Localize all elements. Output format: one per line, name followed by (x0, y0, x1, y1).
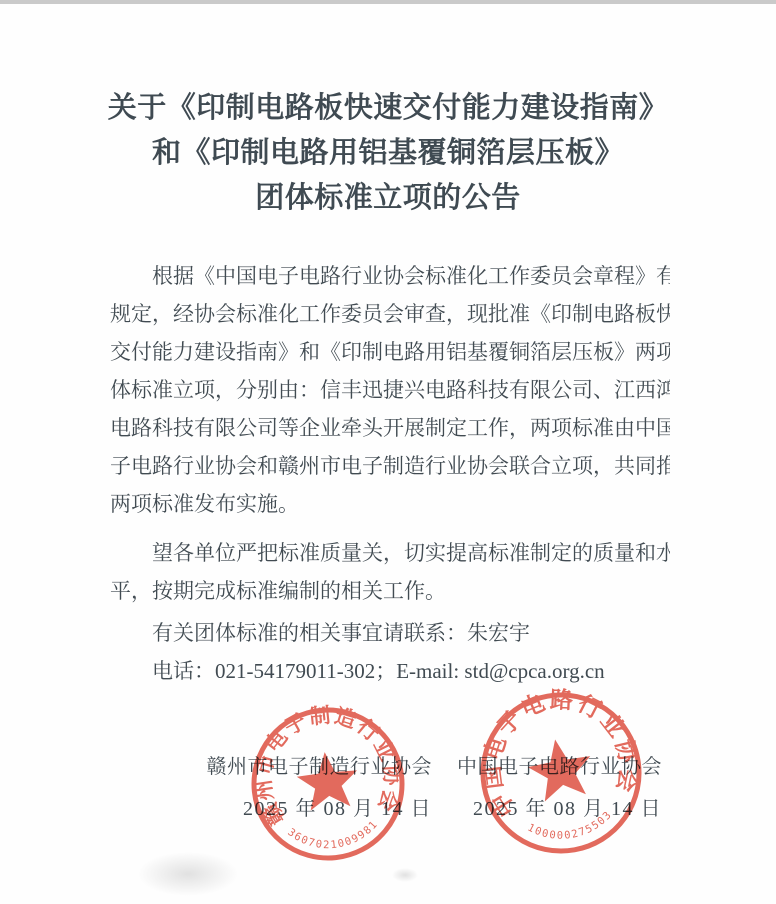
title-line-2: 和《印制电路用铝基覆铜箔层压板》 (40, 131, 736, 176)
body-line: 两项标准发布实施。 (110, 485, 670, 523)
body-line: 根据《中国电子电路行业协会标准化工作委员会章程》有关 (110, 257, 670, 295)
body-line: 体标准立项，分别由：信丰迅捷兴电路科技有限公司、江西鸿宇 (110, 371, 670, 409)
document-body: 根据《中国电子电路行业协会标准化工作委员会章程》有关 规定，经协会标准化工作委员… (110, 257, 670, 690)
scan-edge-bar (0, 0, 776, 4)
document-page: 关于《印制电路板快速交付能力建设指南》 和《印制电路用铝基覆铜箔层压板》 团体标… (0, 0, 776, 904)
seal-right-icon: 中国电子电路行业协会 100000275503 (454, 666, 667, 879)
paragraph-2: 望各单位严把标准质量关，切实提高标准制定的质量和水 平，按期完成标准编制的相关工… (110, 534, 670, 610)
seal-left-star-icon (295, 749, 361, 812)
page-title: 关于《印制电路板快速交付能力建设指南》 和《印制电路用铝基覆铜箔层压板》 团体标… (40, 86, 736, 221)
svg-text:100000275503: 100000275503 (524, 807, 618, 848)
title-line-3: 团体标准立项的公告 (40, 176, 736, 221)
paragraph-1: 根据《中国电子电路行业协会标准化工作委员会章程》有关 规定，经协会标准化工作委员… (110, 257, 670, 523)
seal-left-icon: 赣州市电子制造行业协会 3607021009981 (231, 687, 424, 880)
body-line: 规定，经协会标准化工作委员会审查，现批准《印制电路板快速 (110, 295, 670, 333)
body-line: 平，按期完成标准编制的相关工作。 (110, 572, 670, 610)
paragraph-contact: 有关团体标准的相关事宜请联系：朱宏宇 (110, 614, 670, 652)
scan-smudge (138, 852, 238, 896)
body-line: 交付能力建设指南》和《印制电路用铝基覆铜箔层压板》两项团 (110, 333, 670, 371)
body-line: 望各单位严把标准质量关，切实提高标准制定的质量和水 (110, 534, 670, 572)
scan-smudge (392, 868, 418, 882)
seal-right-code: 100000275503 (524, 807, 618, 848)
seal-right-star-icon (524, 734, 597, 803)
body-line: 电路科技有限公司等企业牵头开展制定工作，两项标准由中国电 (110, 409, 670, 447)
title-line-1: 关于《印制电路板快速交付能力建设指南》 (40, 86, 736, 131)
body-line: 子电路行业协会和赣州市电子制造行业协会联合立项，共同推进 (110, 447, 670, 485)
contact-person-line: 有关团体标准的相关事宜请联系：朱宏宇 (110, 614, 670, 652)
